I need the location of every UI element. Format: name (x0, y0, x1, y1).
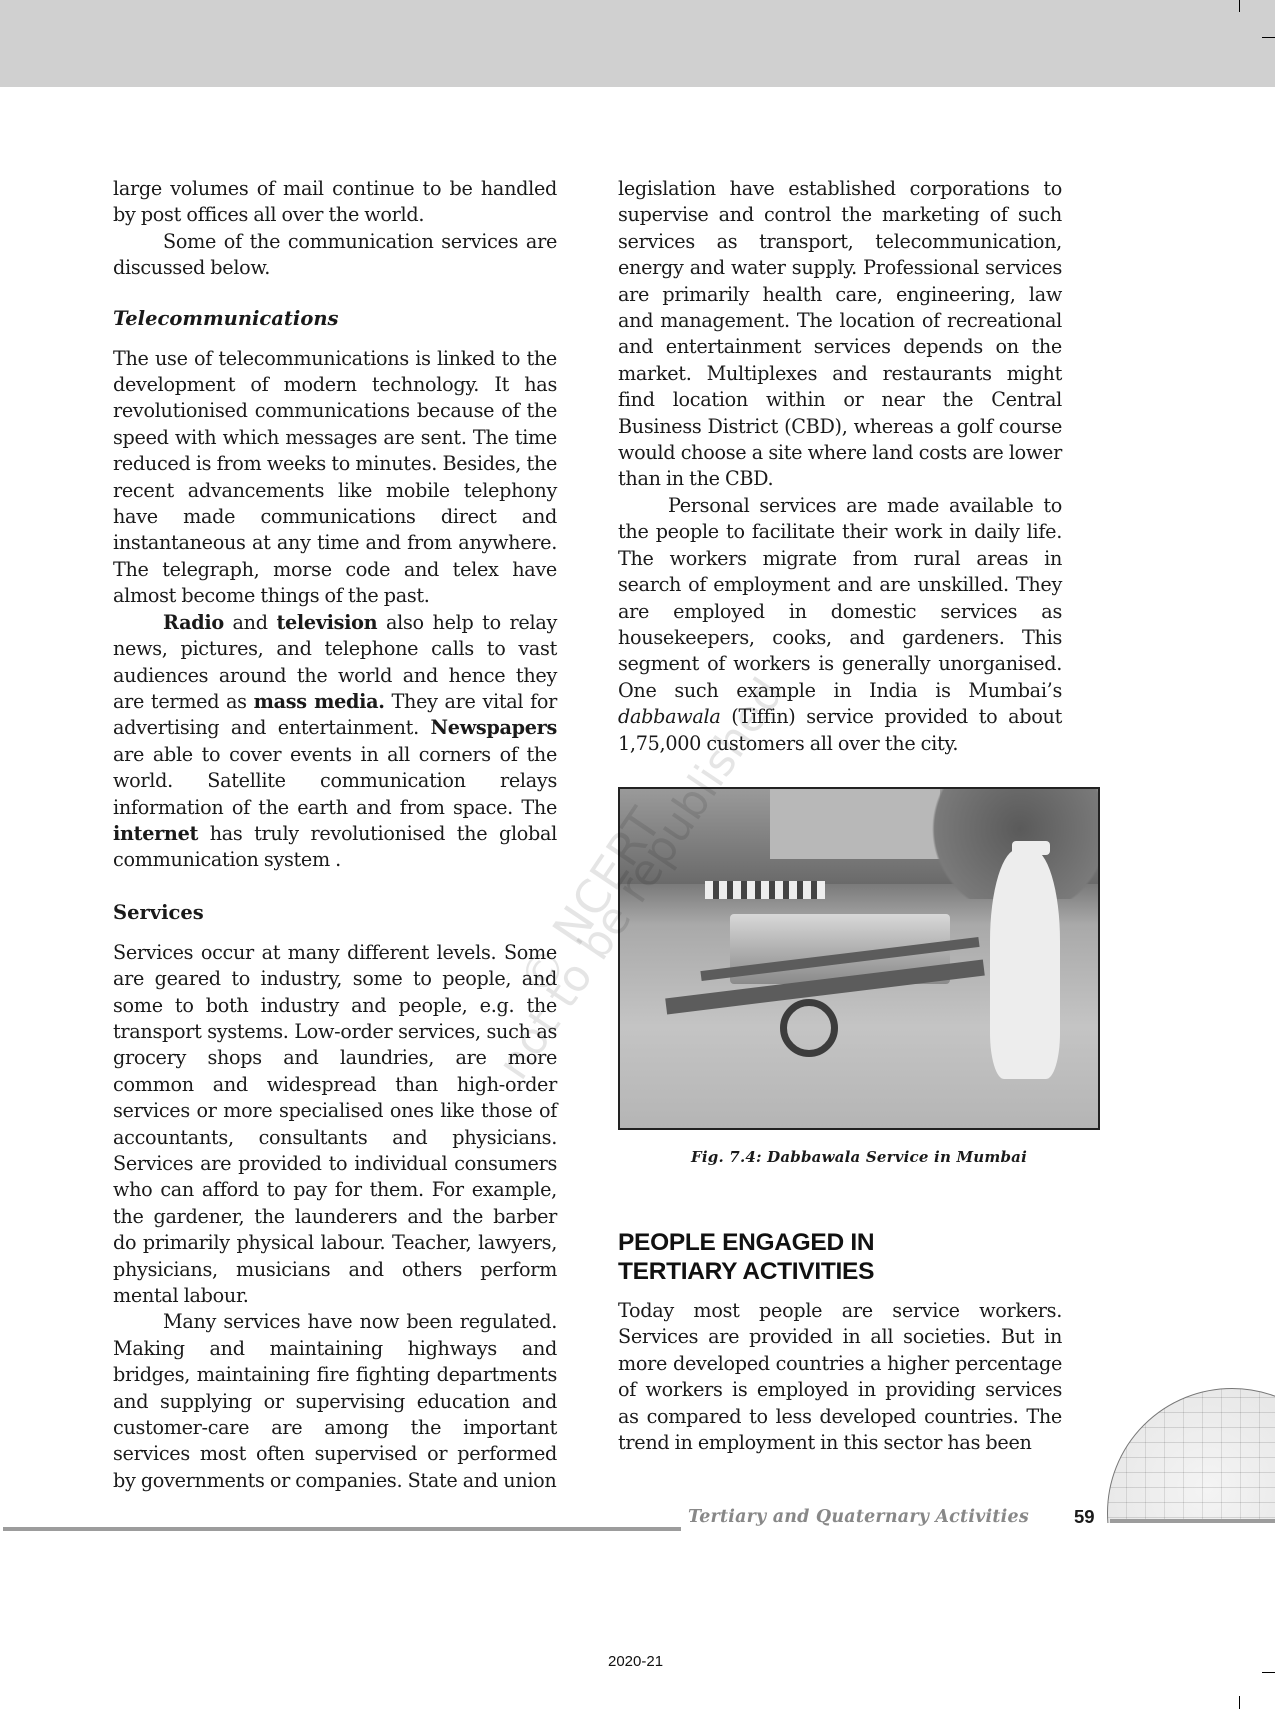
footer-rule (3, 1527, 681, 1531)
photo-building-right (770, 789, 940, 859)
figure-7-4: Fig. 7.4: Dabbawala Service in Mumbai (618, 787, 1062, 1166)
services-heading: Services (113, 900, 557, 926)
mass-media-paragraph: Radio and television also help to relay … (113, 610, 557, 874)
text-run: Personal services are made available to … (618, 494, 1062, 702)
photo-dabbawala-person (990, 849, 1060, 1079)
globe-hemisphere (1107, 1388, 1275, 1523)
photo-person-cap (1012, 841, 1050, 855)
edition-year: 2020-21 (608, 1653, 663, 1670)
term-dabbawala: dabbawala (618, 705, 720, 728)
crop-mark-top-right-vertical (1239, 0, 1240, 12)
term-mass-media: mass media. (254, 690, 385, 713)
tertiary-workers-paragraph: Today most people are service workers. S… (618, 1298, 1062, 1456)
crop-mark-bottom-right-vertical (1239, 1696, 1240, 1709)
figure-caption: Fig. 7.4: Dabbawala Service in Mumbai (618, 1148, 1100, 1166)
running-footer-title: Tertiary and Quaternary Activities (688, 1507, 1029, 1527)
globe-base-rule (1110, 1519, 1275, 1523)
right-column: legislation have established corporation… (618, 176, 1062, 1456)
crop-mark-top-right-horizontal (1262, 37, 1275, 38)
left-column: large volumes of mail continue to be han… (113, 176, 557, 1494)
regulated-services-paragraph: Many services have now been regulated. M… (113, 1309, 557, 1494)
services-paragraph: Services occur at many different levels.… (113, 940, 557, 1310)
telecommunications-paragraph: The use of telecommunications is linked … (113, 346, 557, 610)
communication-intro-paragraph: Some of the communication services are d… (113, 229, 557, 282)
section-heading-line-2: TERTIARY ACTIVITIES (618, 1258, 874, 1285)
photo-cart-wheel (780, 999, 838, 1057)
term-television: television (276, 611, 377, 634)
mail-paragraph: large volumes of mail continue to be han… (113, 176, 557, 229)
term-radio: Radio (163, 611, 224, 634)
dabbawala-photo (618, 787, 1100, 1130)
legislation-paragraph: legislation have established corporation… (618, 176, 1062, 493)
telecommunications-heading: Telecommunications (113, 306, 557, 332)
text-run: and (224, 611, 277, 634)
globe-map-icon (1107, 1388, 1275, 1523)
top-gray-band (0, 0, 1275, 87)
photo-road-barrier (705, 881, 825, 899)
section-heading-line-1: PEOPLE ENGAGED IN (618, 1229, 874, 1256)
text-run: are able to cover events in all corners … (113, 743, 557, 819)
section-heading-people-engaged: PEOPLE ENGAGED IN TERTIARY ACTIVITIES (618, 1228, 1062, 1286)
personal-services-paragraph: Personal services are made available to … (618, 493, 1062, 757)
term-internet: internet (113, 822, 198, 845)
page-number: 59 (1074, 1506, 1095, 1528)
crop-mark-bottom-right-horizontal (1262, 1672, 1275, 1673)
term-newspapers: Newspapers (431, 716, 557, 739)
